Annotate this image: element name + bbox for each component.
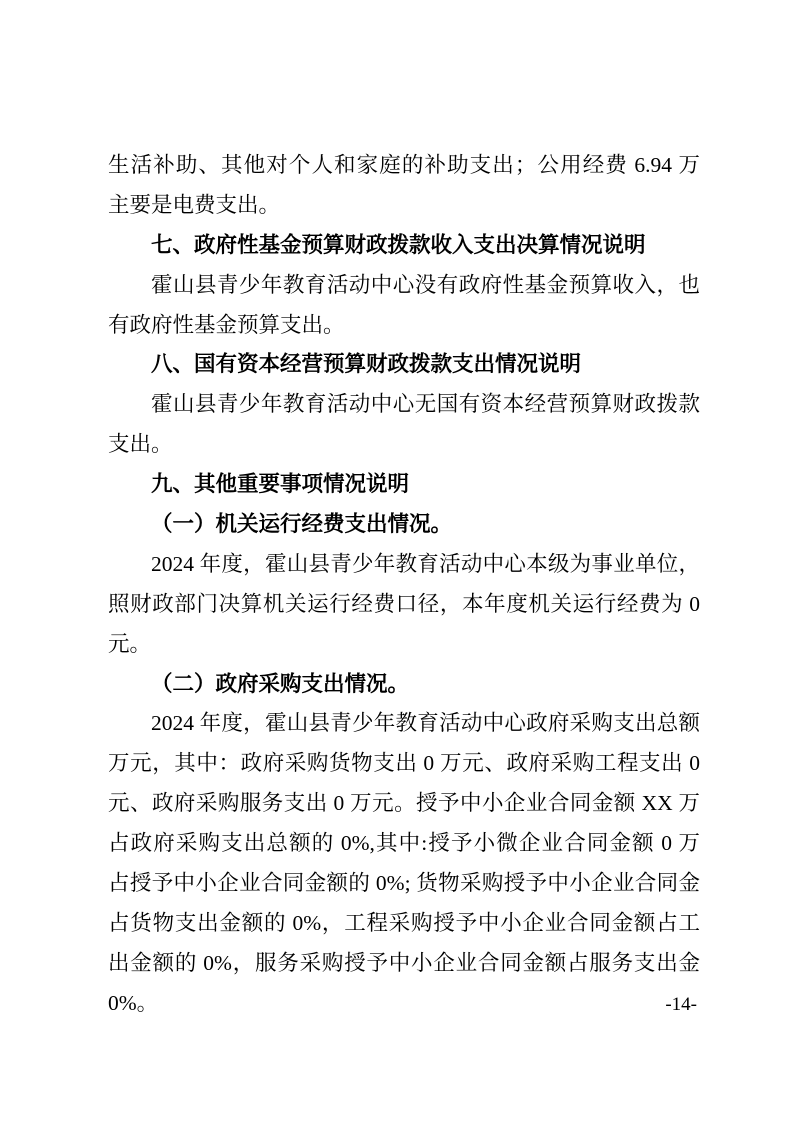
document-content: 生活补助、其他对个人和家庭的补助支出；公用经费 6.94 万元，主要是电费支出。… <box>108 146 700 1024</box>
text-line: 照财政部门决算机关运行经费口径，本年度机关运行经费为 0 万 <box>108 585 700 625</box>
text-line: 万元，其中：政府采购货物支出 0 万元、政府采购工程支出 0 万 <box>108 744 700 784</box>
text-line: 霍山县青少年教育活动中心无国有资本经营预算财政拨款 <box>108 385 700 425</box>
page-number: -14- <box>0 993 793 1017</box>
text-line: 占授予中小企业合同金额的 0%; 货物采购授予中小企业合同金额 <box>108 864 700 904</box>
text-line: 2024 年度，霍山县青少年教育活动中心政府采购支出总额 0 <box>108 704 700 744</box>
text-line: 占货物支出金额的 0%，工程采购授予中小企业合同金额占工程支 <box>108 904 700 944</box>
document-page: 生活补助、其他对个人和家庭的补助支出；公用经费 6.94 万元，主要是电费支出。… <box>0 0 793 1122</box>
text-line: 生活补助、其他对个人和家庭的补助支出；公用经费 6.94 万元， <box>108 146 700 186</box>
text-line: 2024 年度，霍山县青少年教育活动中心本级为事业单位，按 <box>108 545 700 585</box>
text-line: 支出。 <box>108 425 700 465</box>
text-line: 元、政府采购服务支出 0 万元。授予中小企业合同金额 XX 万元， <box>108 784 700 824</box>
heading-line: 八、国有资本经营预算财政拨款支出情况说明 <box>108 345 700 385</box>
text-line: 占政府采购支出总额的 0%,其中:授予小微企业合同金额 0 万元， <box>108 824 700 864</box>
heading-line: （二）政府采购支出情况。 <box>108 665 700 705</box>
text-line: 霍山县青少年教育活动中心没有政府性基金预算收入，也没 <box>108 266 700 306</box>
heading-line: 七、政府性基金预算财政拨款收入支出决算情况说明 <box>108 226 700 266</box>
heading-line: （一）机关运行经费支出情况。 <box>108 505 700 545</box>
text-line: 有政府性基金预算支出。 <box>108 306 700 346</box>
text-line: 出金额的 0%，服务采购授予中小企业合同金额占服务支出金额的 <box>108 944 700 984</box>
heading-line: 九、其他重要事项情况说明 <box>108 465 700 505</box>
text-line: 元。 <box>108 625 700 665</box>
text-line: 主要是电费支出。 <box>108 186 700 226</box>
